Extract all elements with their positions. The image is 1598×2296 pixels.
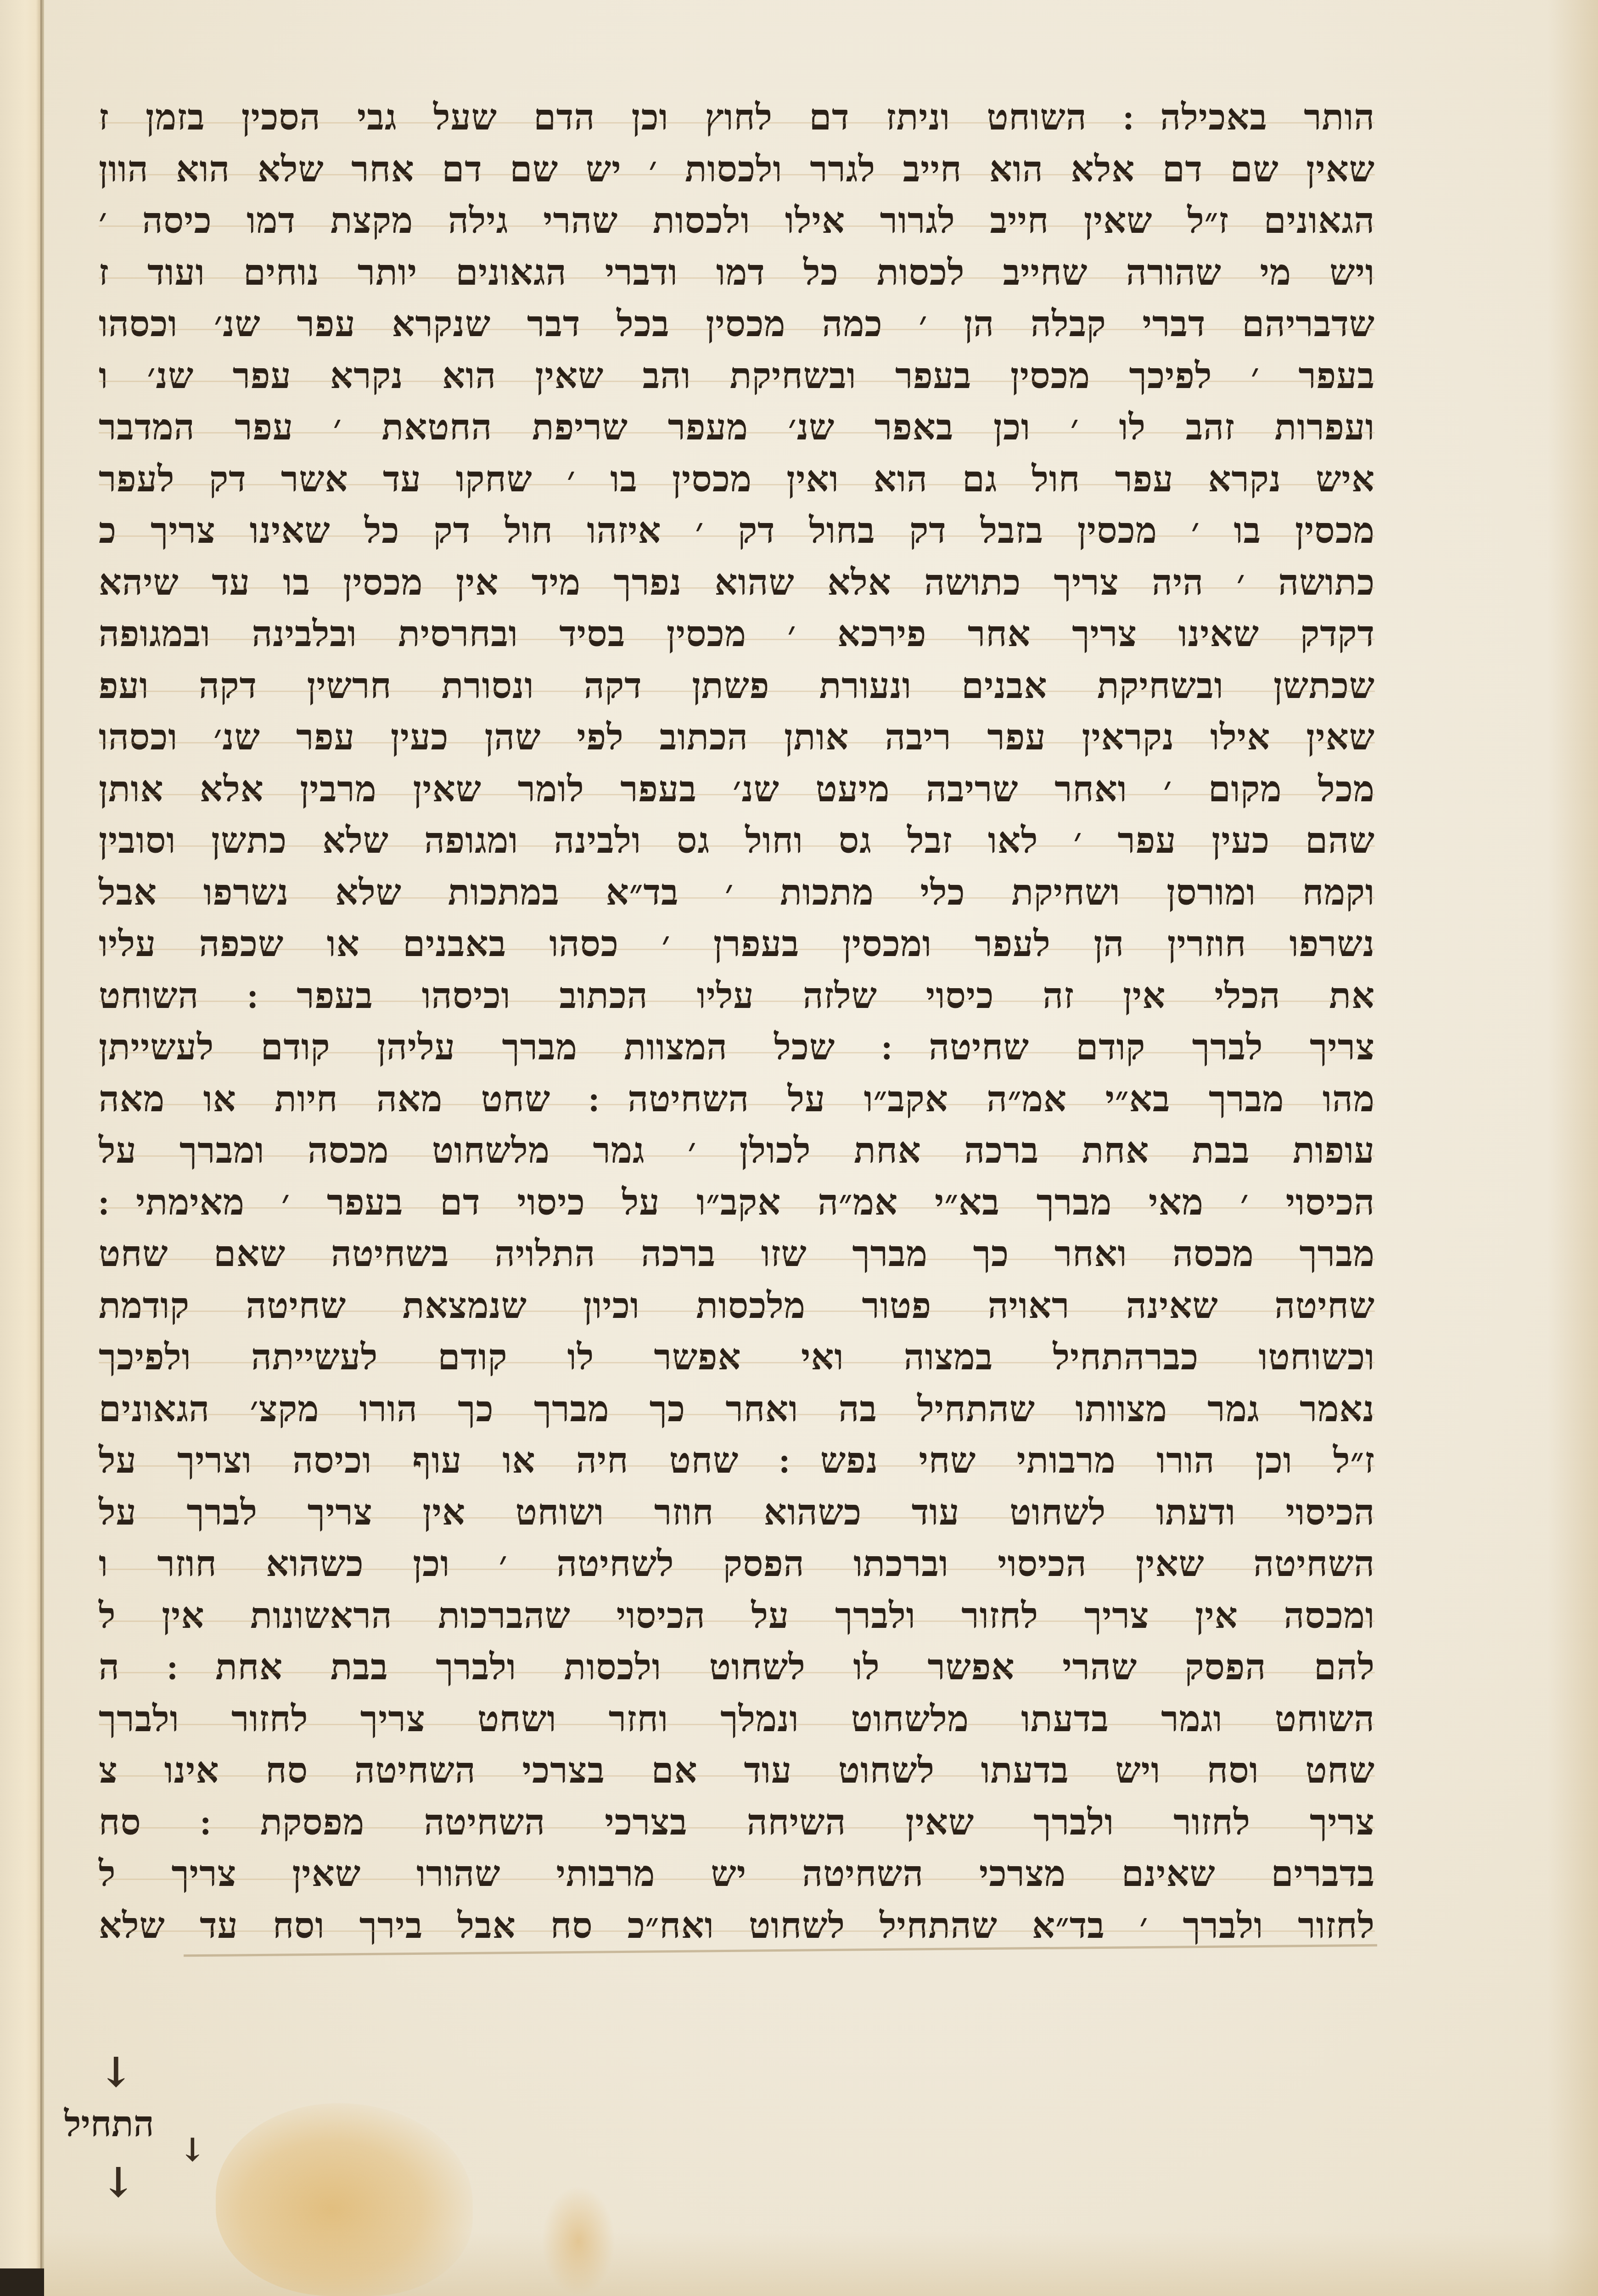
text-line: מהו מברך בא״י אמ״ה אקב״ו על השחיטה ׃ שחט…: [99, 1074, 1375, 1125]
text-line: שאין אילו נקראין עפר ריבה אותן הכתוב לפי…: [99, 712, 1375, 764]
text-line: נשרפו חוזרין הן לעפר ומכסין בעפרן ׳ כסהו…: [99, 918, 1375, 970]
text-line: כתושה ׳ היה צריך כתושה אלא שהוא נפרך מיד…: [99, 557, 1375, 609]
text-line: בדברים שאינם מצרכי השחיטה יש מרבותי שהור…: [99, 1848, 1375, 1900]
text-line: ז״ל וכן הורו מרבותי שחי נפש ׃ שחט חיה או…: [99, 1435, 1375, 1487]
text-line: הגאונים ז״ל שאין חייב לגרור אילו ולכסות …: [99, 195, 1375, 247]
folio-right-edge: [1548, 0, 1598, 2296]
text-line: צריך לברך קודם שחיטה ׃ שכל המצוות מברך ע…: [99, 1022, 1375, 1074]
text-line: וכשוחטו כברהתחיל במצוה ואי אפשר לו קודם …: [99, 1332, 1375, 1384]
catchword: התחיל: [64, 2103, 154, 2145]
text-line: עופות בבת אחת ברכה אחת לכולן ׳ גמר מלשחו…: [99, 1125, 1375, 1177]
catchword-side-mark-icon: ↓: [179, 2131, 206, 2169]
text-line: ועפרות זהב לו ׳ וכן באפר שנ׳ מעפר שריפת …: [99, 402, 1375, 454]
text-line: בעפר ׳ לפיכך מכסין בעפר ובשחיקת והב שאין…: [99, 350, 1375, 402]
text-line: הכיסוי ודעתו לשחוט עוד כשהוא חוזר ושוחט …: [99, 1487, 1375, 1539]
text-line: ויש מי שהורה שחייב לכסות כל דמו ודברי הג…: [99, 247, 1375, 299]
text-line: לחזור ולברך ׳ בד״א שהתחיל לשחוט ואח״כ סח…: [99, 1900, 1375, 1952]
gutter-shadow: [40, 0, 44, 2296]
text-line: שכתשן ובשחיקת אבנים ונעורת פשתן דקה ונסו…: [99, 660, 1375, 712]
text-line: מברך מכסה ואחר כך מברך שזו ברכה התלויה ב…: [99, 1228, 1375, 1280]
text-line: שחט וסח ויש בדעתו לשחוט עוד אם בצרכי השח…: [99, 1745, 1375, 1797]
main-text-column: הותר באכילה ׃ השוחט וניתז דם לחוץ וכן הד…: [99, 92, 1375, 1952]
text-line: להם הפסק שהרי אפשר לו לשחוט ולכסות ולברך…: [99, 1642, 1375, 1694]
text-line: נאמר גמר מצוותו שהתחיל בה ואחר כך מברך כ…: [99, 1384, 1375, 1435]
text-line: מכל מקום ׳ ואחר שריבה מיעט שנ׳ בעפר לומר…: [99, 764, 1375, 816]
text-line: שחיטה שאינה ראויה פטור מלכסות וכיון שנמצ…: [99, 1280, 1375, 1332]
text-line: שאין שם דם אלא הוא חייב לגרר ולכסות ׳ יש…: [99, 144, 1375, 196]
text-line: שדבריהם דברי קבלה הן ׳ כמה מכסין בכל דבר…: [99, 298, 1375, 350]
catchword-arrow-top-icon: ↓: [99, 2048, 133, 2097]
text-line: את הכלי אין זה כיסוי שלזה עליו הכתוב וכי…: [99, 970, 1375, 1022]
text-line: שהם כעין עפר ׳ לאו זבל גס וחול גס ולבינה…: [99, 815, 1375, 867]
catchword-arrow-bottom-icon: ↓: [101, 2158, 135, 2207]
text-line: ומכסה אין צריך לחזור ולברך על הכיסוי שהב…: [99, 1590, 1375, 1642]
text-line: הכיסוי ׳ מאי מברך בא״י אמ״ה אקב״ו על כיס…: [99, 1177, 1375, 1229]
gutter-bottom-shadow: [0, 2268, 46, 2296]
text-line: השוחט וגמר בדעתו מלשחוט ונמלך וחזר ושחט …: [99, 1694, 1375, 1745]
text-line: איש נקרא עפר חול גם הוא ואין מכסין בו ׳ …: [99, 454, 1375, 506]
text-line: השחיטה שאין הכיסוי וברכתו הפסק לשחיטה ׳ …: [99, 1538, 1375, 1590]
text-line: מכסין בו ׳ מכסין בזבל דק בחול דק ׳ איזהו…: [99, 505, 1375, 557]
water-stain-small: [542, 2186, 615, 2296]
binding-gutter: [0, 0, 42, 2296]
text-line: צריך לחזור ולברך שאין השיחה בצרכי השחיטה…: [99, 1797, 1375, 1849]
text-line: הותר באכילה ׃ השוחט וניתז דם לחוץ וכן הד…: [99, 92, 1375, 144]
text-line: וקמח ומורסן ושחיקת כלי מתכות ׳ בד״א במתכ…: [99, 867, 1375, 919]
text-line: דקדק שאינו צריך אחר פירכא ׳ מכסין בסיד ו…: [99, 608, 1375, 660]
